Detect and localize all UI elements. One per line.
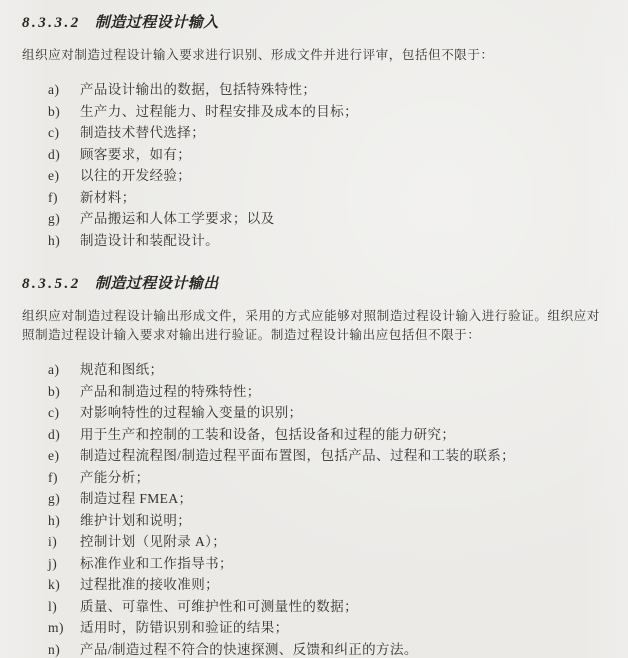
list-item: a) 产品设计输出的数据，包括特殊特性； bbox=[48, 79, 600, 101]
list-item: h) 维护计划和说明； bbox=[48, 510, 600, 532]
item-label: b) bbox=[48, 381, 80, 403]
item-label: f) bbox=[48, 187, 80, 209]
item-text: 产品和制造过程的特殊特性； bbox=[80, 381, 261, 403]
section-number: 8.3.3.2 bbox=[22, 15, 81, 31]
document-section: 8.3.5.2制造过程设计输出 组织应对制造过程设计输出形成文件，采用的方式应能… bbox=[22, 275, 600, 658]
section-intro: 组织应对制造过程设计输入要求进行识别、形成文件并进行评审，包括但不限于： bbox=[22, 46, 600, 65]
list-item: i) 控制计划（见附录 A）； bbox=[48, 531, 600, 553]
item-label: h) bbox=[48, 510, 80, 532]
section-heading: 8.3.3.2制造过程设计输入 bbox=[22, 14, 600, 32]
item-label: g) bbox=[48, 208, 80, 230]
list-item: c) 制造技术替代选择； bbox=[48, 122, 600, 144]
item-label: i) bbox=[48, 531, 80, 553]
item-text: 对影响特性的过程输入变量的识别； bbox=[80, 402, 302, 424]
item-label: k) bbox=[48, 574, 80, 596]
list-item: j) 标准作业和工作指导书； bbox=[48, 553, 600, 575]
list-item: c) 对影响特性的过程输入变量的识别； bbox=[48, 402, 600, 424]
item-label: h) bbox=[48, 230, 80, 252]
item-text: 用于生产和控制的工装和设备，包括设备和过程的能力研究； bbox=[80, 424, 455, 446]
list-item: e) 制造过程流程图/制造过程平面布置图，包括产品、过程和工装的联系； bbox=[48, 445, 600, 467]
list-item: f) 新材料； bbox=[48, 187, 600, 209]
item-text: 产品/制造过程不符合的快速探测、反馈和纠正的方法。 bbox=[80, 639, 418, 658]
list-item: e) 以往的开发经验； bbox=[48, 165, 600, 187]
item-label: d) bbox=[48, 424, 80, 446]
list-item: k) 过程批准的接收准则； bbox=[48, 574, 600, 596]
section-title: 制造过程设计输出 bbox=[95, 276, 219, 292]
list-item: b) 生产力、过程能力、时程安排及成本的目标； bbox=[48, 101, 600, 123]
item-text: 以往的开发经验； bbox=[80, 165, 191, 187]
list-item: m) 适用时，防错识别和验证的结果； bbox=[48, 617, 600, 639]
document-page: 8.3.3.2制造过程设计输入 组织应对制造过程设计输入要求进行识别、形成文件并… bbox=[0, 0, 628, 658]
item-label: l) bbox=[48, 596, 80, 618]
item-text: 产能分析； bbox=[80, 467, 150, 489]
item-label: a) bbox=[48, 79, 80, 101]
item-label: c) bbox=[48, 402, 80, 424]
item-label: j) bbox=[48, 553, 80, 575]
list-item: d) 用于生产和控制的工装和设备，包括设备和过程的能力研究； bbox=[48, 424, 600, 446]
item-text: 生产力、过程能力、时程安排及成本的目标； bbox=[80, 101, 358, 123]
document-section: 8.3.3.2制造过程设计输入 组织应对制造过程设计输入要求进行识别、形成文件并… bbox=[22, 14, 600, 251]
item-label: f) bbox=[48, 467, 80, 489]
section-heading: 8.3.5.2制造过程设计输出 bbox=[22, 275, 600, 293]
item-text: 制造过程流程图/制造过程平面布置图，包括产品、过程和工装的联系； bbox=[80, 445, 515, 467]
item-label: e) bbox=[48, 165, 80, 187]
item-label: a) bbox=[48, 359, 80, 381]
section-title: 制造过程设计输入 bbox=[95, 15, 219, 31]
item-text: 制造过程 FMEA； bbox=[80, 488, 192, 510]
item-text: 控制计划（见附录 A）； bbox=[80, 531, 226, 553]
list-item: a) 规范和图纸； bbox=[48, 359, 600, 381]
item-label: c) bbox=[48, 122, 80, 144]
item-list: a) 规范和图纸； b) 产品和制造过程的特殊特性； c) 对影响特性的过程输入… bbox=[22, 359, 600, 658]
item-text: 制造技术替代选择； bbox=[80, 122, 205, 144]
list-item: d) 顾客要求，如有； bbox=[48, 144, 600, 166]
document-content: 8.3.3.2制造过程设计输入 组织应对制造过程设计输入要求进行识别、形成文件并… bbox=[22, 14, 600, 658]
item-text: 新材料； bbox=[80, 187, 136, 209]
item-text: 过程批准的接收准则； bbox=[80, 574, 219, 596]
section-number: 8.3.5.2 bbox=[22, 276, 81, 292]
list-item: g) 制造过程 FMEA； bbox=[48, 488, 600, 510]
item-text: 标准作业和工作指导书； bbox=[80, 553, 233, 575]
item-text: 制造设计和装配设计。 bbox=[80, 230, 219, 252]
list-item: l) 质量、可靠性、可维护性和可测量性的数据； bbox=[48, 596, 600, 618]
list-item: f) 产能分析； bbox=[48, 467, 600, 489]
item-text: 顾客要求，如有； bbox=[80, 144, 191, 166]
item-text: 质量、可靠性、可维护性和可测量性的数据； bbox=[80, 596, 358, 618]
item-label: m) bbox=[48, 617, 80, 639]
item-text: 产品搬运和人体工学要求；以及 bbox=[80, 208, 275, 230]
item-label: b) bbox=[48, 101, 80, 123]
item-label: g) bbox=[48, 488, 80, 510]
list-item: b) 产品和制造过程的特殊特性； bbox=[48, 381, 600, 403]
item-text: 规范和图纸； bbox=[80, 359, 163, 381]
item-text: 维护计划和说明； bbox=[80, 510, 191, 532]
item-text: 适用时，防错识别和验证的结果； bbox=[80, 617, 289, 639]
list-item: h) 制造设计和装配设计。 bbox=[48, 230, 600, 252]
item-text: 产品设计输出的数据，包括特殊特性； bbox=[80, 79, 316, 101]
list-item: n) 产品/制造过程不符合的快速探测、反馈和纠正的方法。 bbox=[48, 639, 600, 658]
list-item: g) 产品搬运和人体工学要求；以及 bbox=[48, 208, 600, 230]
item-label: n) bbox=[48, 639, 80, 658]
item-list: a) 产品设计输出的数据，包括特殊特性； b) 生产力、过程能力、时程安排及成本… bbox=[22, 79, 600, 251]
item-label: d) bbox=[48, 144, 80, 166]
item-label: e) bbox=[48, 445, 80, 467]
section-intro: 组织应对制造过程设计输出形成文件，采用的方式应能够对照制造过程设计输入进行验证。… bbox=[22, 307, 600, 345]
